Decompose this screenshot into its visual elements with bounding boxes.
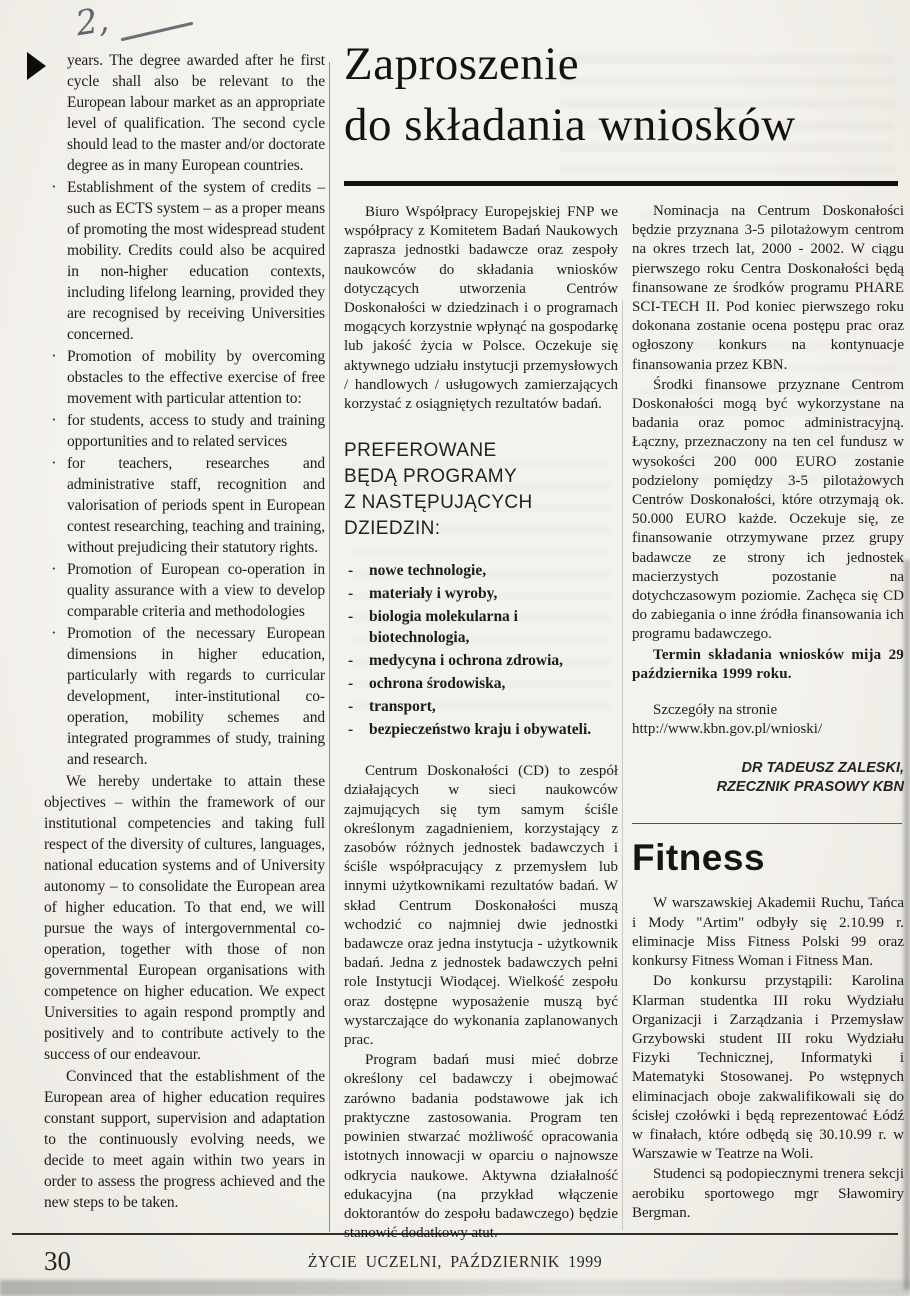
right-column: Nominacja na Centrum Doskonałości będzie… (632, 202, 904, 1224)
heading-line: Z NASTĘPUJĄCYCH (344, 490, 618, 516)
article-title-line1: Zaproszenie (344, 34, 900, 95)
paragraph: Program badań musi mieć dobrze określony… (344, 1051, 618, 1243)
list-item: materiały i wyroby, (344, 583, 618, 604)
column-divider (622, 300, 623, 1230)
scan-edge-shadow (904, 560, 910, 1290)
fitness-section-title: Fitness (632, 838, 904, 878)
journal-footer: ŻYCIE UCZELNI, PAŹDZIERNIK 1999 (18, 1252, 892, 1272)
paragraph: Promotion of mobility by overcoming obst… (44, 346, 325, 409)
paragraph: Centrum Doskonałości (CD) to zespół dzia… (344, 762, 618, 1050)
details-block: Szczegóły na stronie http://www.kbn.gov.… (632, 701, 904, 739)
paragraph: W warszawskiej Akademii Ruchu, Tańca i M… (632, 894, 904, 971)
byline: DR TADEUSZ ZALESKI, RZECZNIK PRASOWY KBN (632, 759, 904, 797)
details-url: http://www.kbn.gov.pl/wnioski/ (632, 720, 904, 739)
section-rule (632, 823, 902, 824)
details-label: Szczegóły na stronie (632, 701, 904, 720)
list-item: medycyna i ochrona zdrowia, (344, 650, 618, 671)
list-item: ochrona środowiska, (344, 673, 618, 694)
paragraph: Promotion of European co-operation in qu… (44, 559, 325, 622)
headline-rule (344, 181, 898, 186)
preferred-programs-list: nowe technologie, materiały i wyroby, bi… (344, 560, 618, 740)
paragraph: Do konkursu przystąpili: Karolina Klarma… (632, 972, 904, 1164)
paragraph: Środki finansowe przyznane Centrom Dosko… (632, 376, 904, 645)
article-title: Zaproszenie do składania wniosków (344, 34, 900, 156)
byline-role: RZECZNIK PRASOWY KBN (632, 778, 904, 797)
paragraph: years. The degree awarded after he first… (44, 50, 325, 176)
paragraph: We hereby undertake to attain these obje… (44, 771, 325, 1065)
column-divider (329, 62, 330, 1232)
handwritten-stroke (121, 22, 194, 42)
heading-line: DZIEDZIN: (344, 516, 618, 542)
left-column: years. The degree awarded after he first… (44, 50, 325, 1214)
heading-line: PREFEROWANE (344, 438, 618, 464)
handwritten-mark: 2, (73, 0, 111, 44)
paragraph: Convinced that the establishment of the … (44, 1066, 325, 1213)
paragraph: Biuro Współpracy Europejskiej FNP we wsp… (344, 203, 618, 414)
scan-edge-shadow (0, 1280, 910, 1296)
list-item: biologia molekularna i biotechnologia, (344, 606, 618, 648)
list-item: transport, (344, 696, 618, 717)
paragraph: Promotion of the necessary European dime… (44, 623, 325, 770)
paragraph: Studenci są podopiecznymi trenera sekcji… (632, 1165, 904, 1223)
byline-name: DR TADEUSZ ZALESKI, (632, 759, 904, 778)
paragraph: for students, access to study and traini… (44, 410, 325, 452)
article-title-line2: do składania wniosków (344, 95, 900, 156)
list-item: bezpieczeństwo kraju i obywateli. (344, 719, 618, 740)
scanned-newsletter-page: 2, years. The degree awarded after he fi… (0, 0, 910, 1296)
paragraph: Nominacja na Centrum Doskonałości będzie… (632, 202, 904, 375)
paragraph: for teachers, researches and administrat… (44, 453, 325, 558)
middle-column: Biuro Współpracy Europejskiej FNP we wsp… (344, 203, 618, 1244)
deadline-paragraph: Termin składania wniosków mija 29 paździ… (632, 646, 904, 684)
paragraph: Establishment of the system of credits –… (44, 177, 325, 345)
heading-line: BĘDĄ PROGRAMY (344, 464, 618, 490)
preferred-programs-heading: PREFEROWANE BĘDĄ PROGRAMY Z NASTĘPUJĄCYC… (344, 438, 618, 542)
list-item: nowe technologie, (344, 560, 618, 581)
